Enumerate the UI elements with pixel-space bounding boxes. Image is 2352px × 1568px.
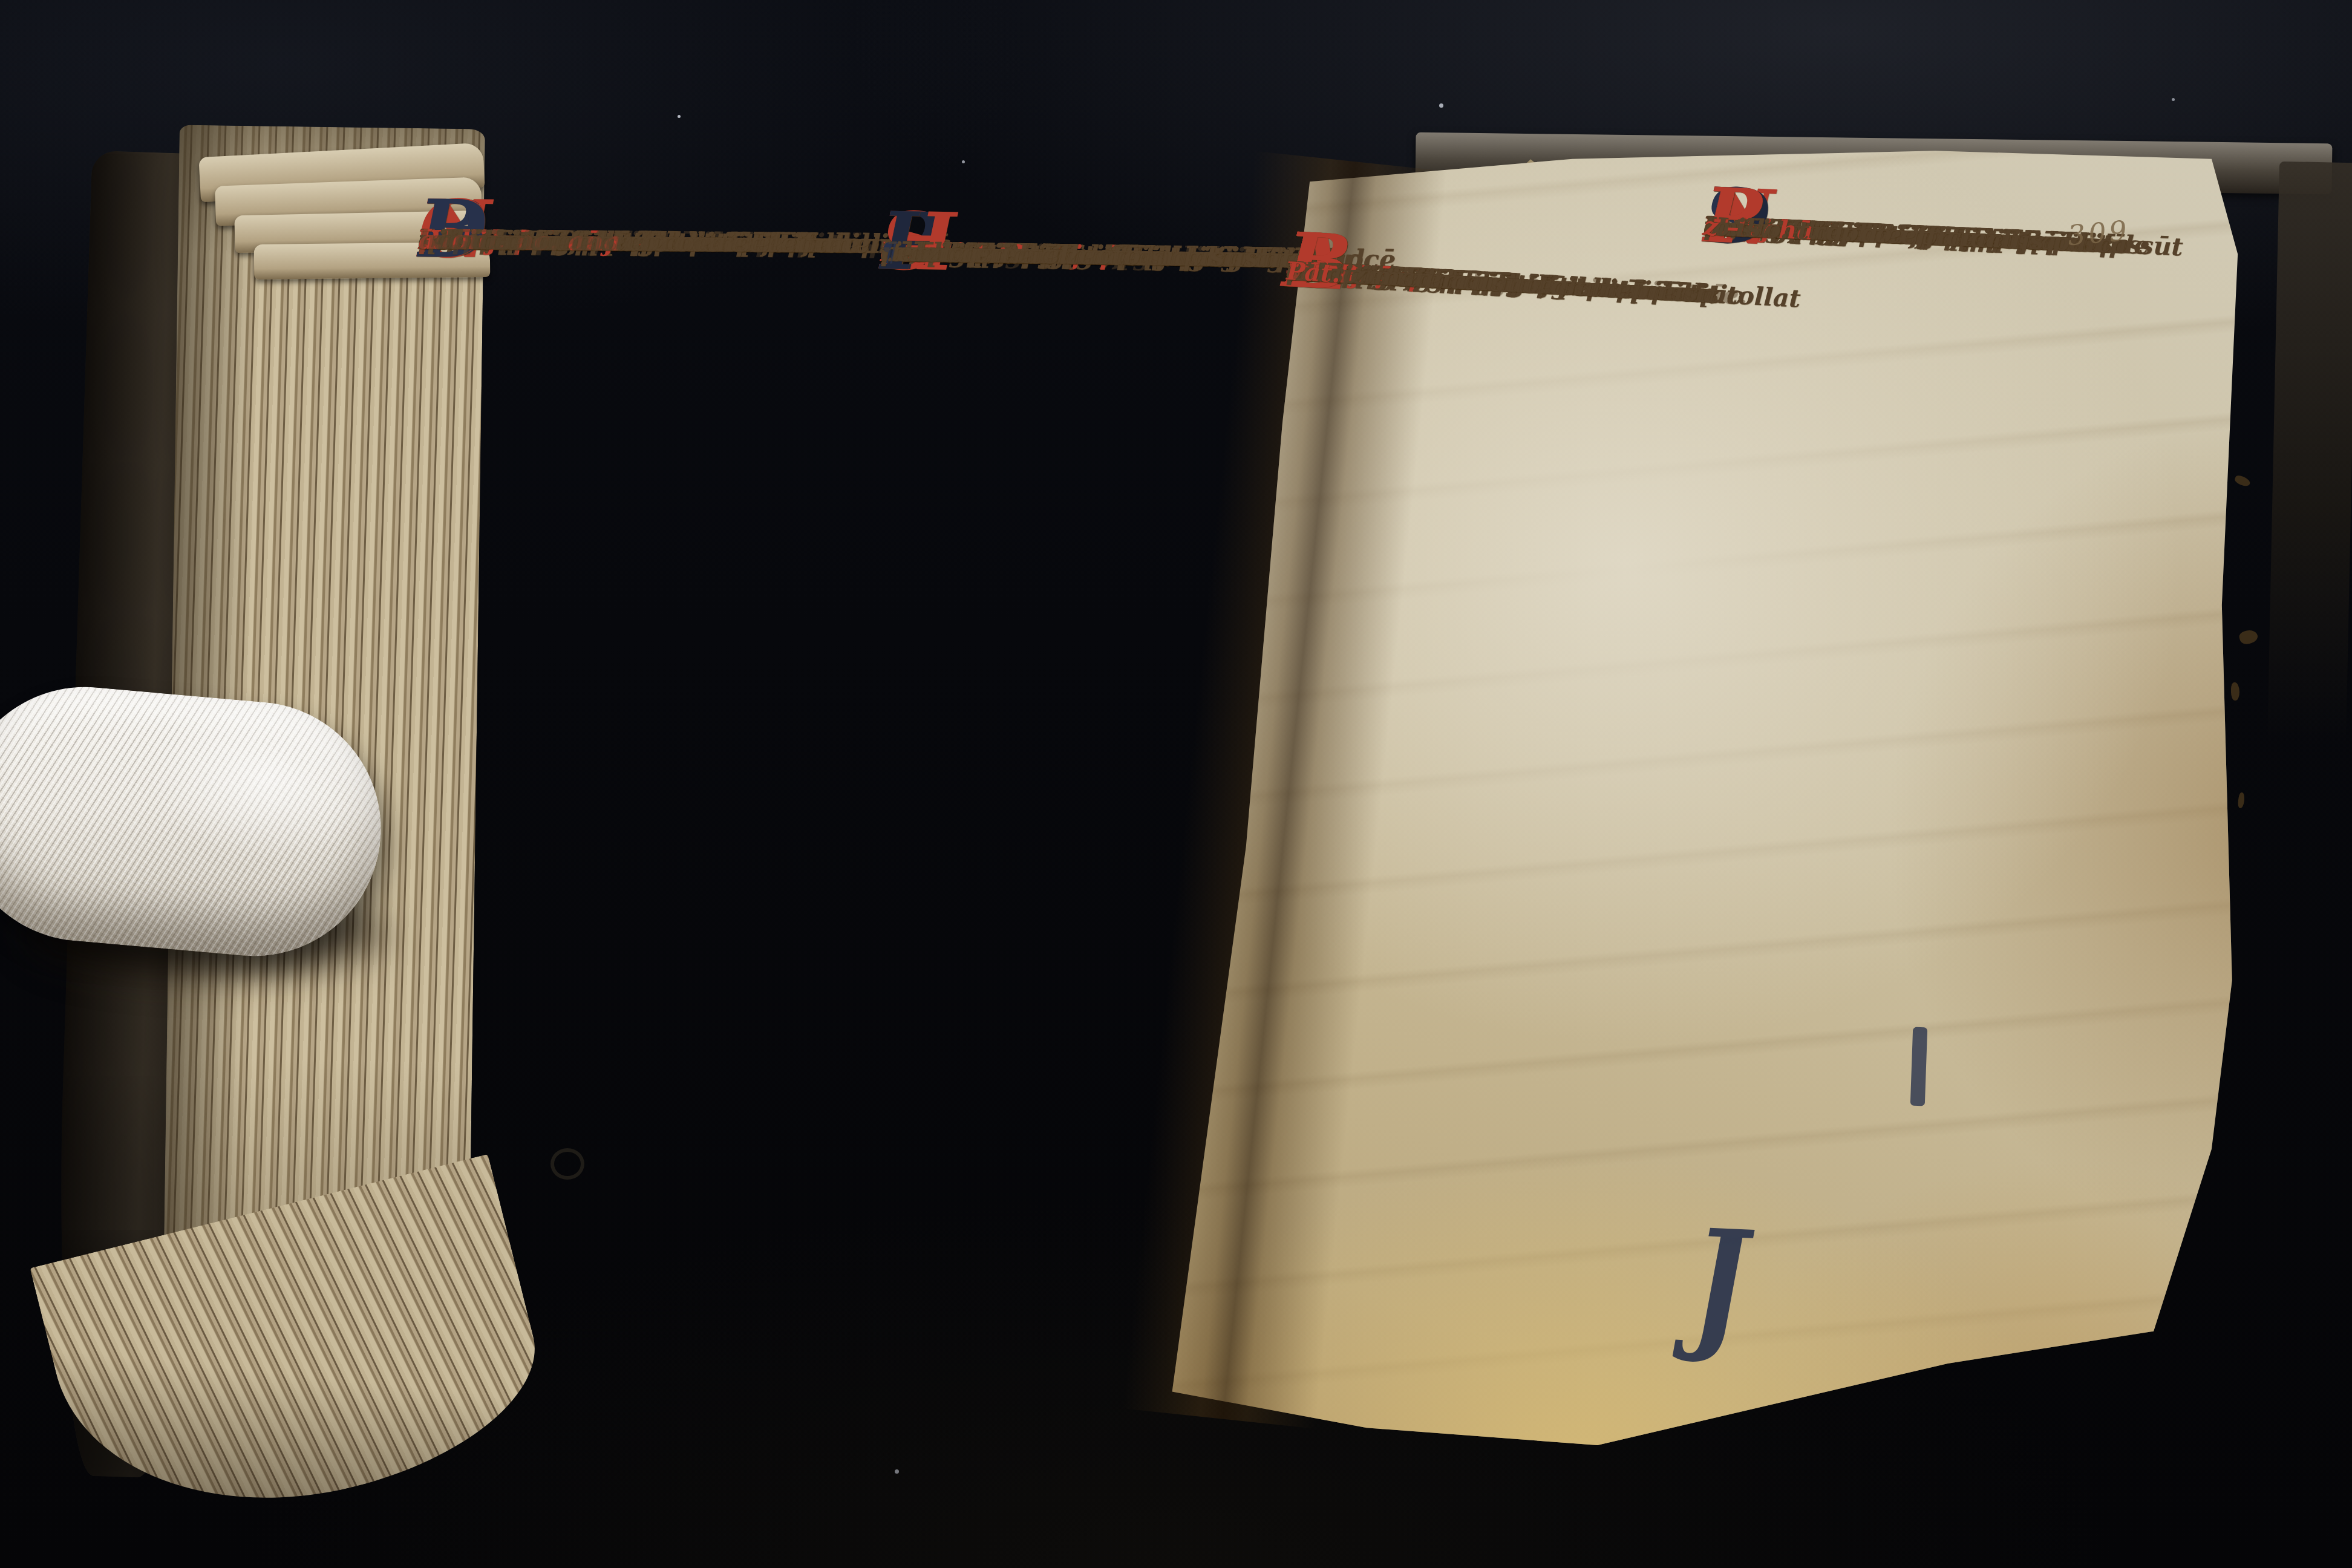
text-segment: z – bbox=[1704, 212, 1740, 242]
blue-initial-flourish: J bbox=[1691, 1210, 1749, 1356]
text-segment: Pat. bbox=[1285, 256, 1341, 289]
left-parchment-page bbox=[339, 151, 1264, 1422]
manuscript-photo-scene: iusti cū in bn̄dicionibz dulcedīs p̄fuis… bbox=[0, 0, 2352, 1568]
text-segment: hic accipiet bn̄dicōe bbox=[419, 225, 711, 258]
ring-stain bbox=[550, 1148, 584, 1180]
ink-blot bbox=[2231, 682, 2239, 701]
text-segment: p̄ az cleuata z magna. bbox=[880, 237, 1196, 272]
folio-number: 309 bbox=[2066, 214, 2131, 252]
blue-paraph-mark bbox=[1910, 1027, 1928, 1106]
dust-speck bbox=[678, 115, 681, 118]
